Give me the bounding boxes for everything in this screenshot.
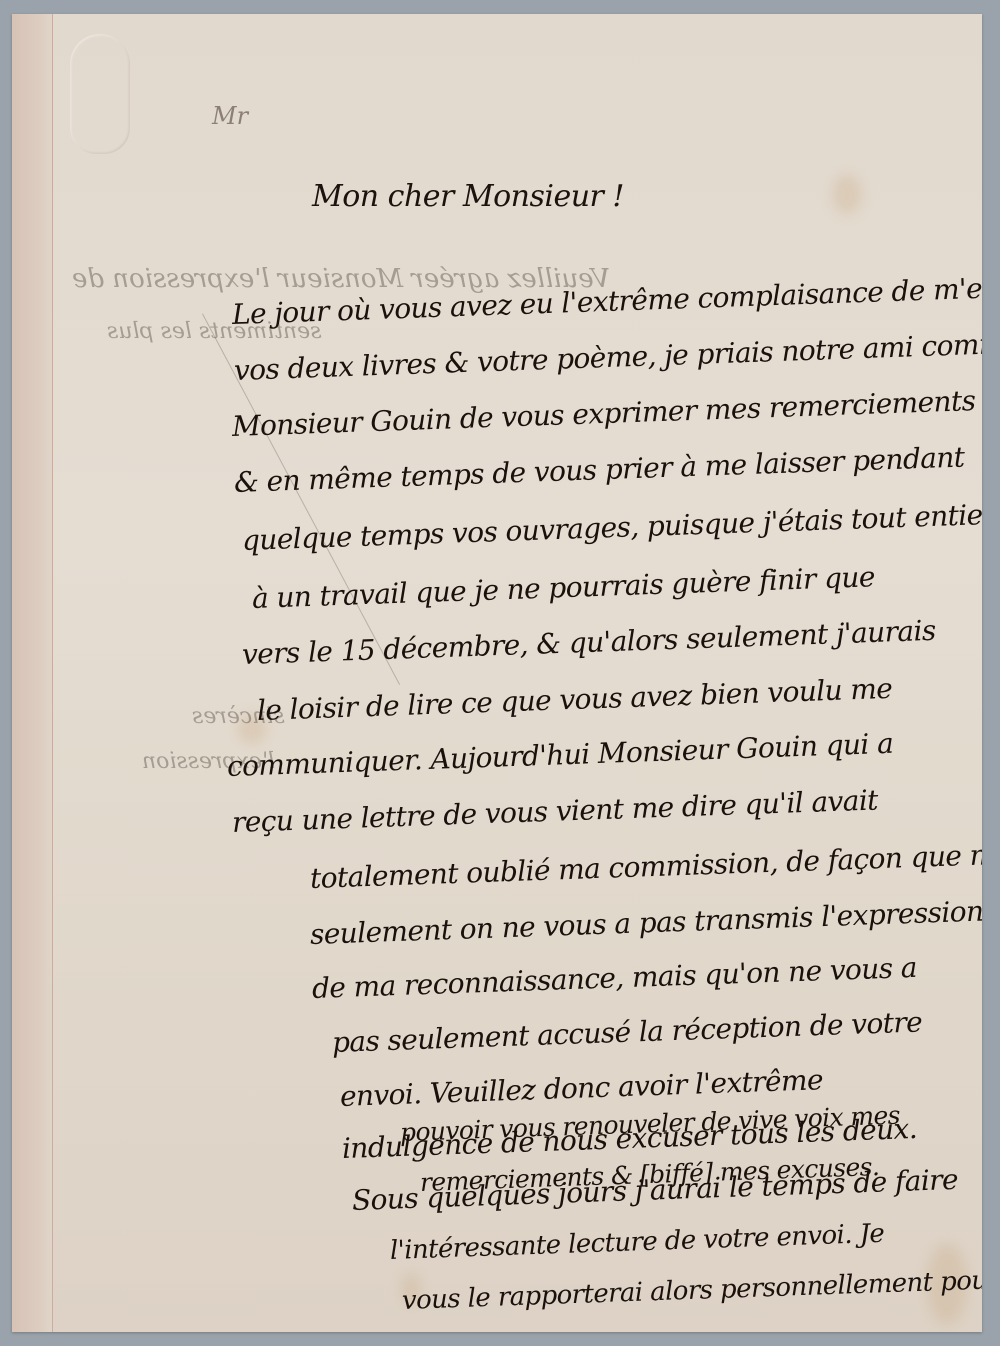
letter-line: pas seulement accusé la réception de vot… <box>331 1005 922 1059</box>
paper-stain <box>832 174 862 214</box>
letter-line: vous le rapporterai alors personnellemen… <box>401 1265 982 1316</box>
letter-line: envoi. Veuillez donc avoir l'extrême <box>339 1063 823 1113</box>
letter-line: le loisir de lire ce que vous avez bien … <box>256 672 892 727</box>
letter-line: communiquer. Aujourd'hui Monsieur Gouin … <box>226 727 893 783</box>
letter-line: indulgence de nous excuser tous les deux… <box>341 1112 917 1165</box>
letter-line: Sous quelques jours j'aurai le temps de … <box>351 1163 958 1217</box>
letter-line: vers le 15 décembre, & qu'alors seulemen… <box>241 614 936 671</box>
letter-salutation: Mon cher Monsieur ! <box>312 179 624 214</box>
paper-left-edge-strip <box>12 14 53 1332</box>
letter-line: vos deux livres & votre poème, je priais… <box>233 326 982 387</box>
letter-page: Mr Veuillez agréer Monsieur l'expression… <box>12 14 982 1332</box>
letter-line: reçu une lettre de vous vient me dire qu… <box>231 783 878 839</box>
letter-line: seulement on ne vous a pas transmis l'ex… <box>309 894 982 950</box>
letter-line: à un travail que je ne pourrais guère fi… <box>251 560 875 615</box>
letter-line: & en même temps de vous prier à me laiss… <box>233 441 964 499</box>
letter-line: totalement oublié ma commission, de faço… <box>309 837 982 895</box>
letter-line: l'intéressante lecture de votre envoi. J… <box>389 1219 884 1266</box>
letter-line: quelque temps vos ouvrages, puisque j'ét… <box>241 498 982 557</box>
embossed-crest-icon <box>70 34 130 154</box>
letter-line: de ma reconnaissance, mais qu'on ne vous… <box>311 951 917 1005</box>
letter-line: Monsieur Gouin de vous exprimer mes reme… <box>231 384 975 443</box>
corner-pencil-mark: Mr <box>212 102 248 130</box>
